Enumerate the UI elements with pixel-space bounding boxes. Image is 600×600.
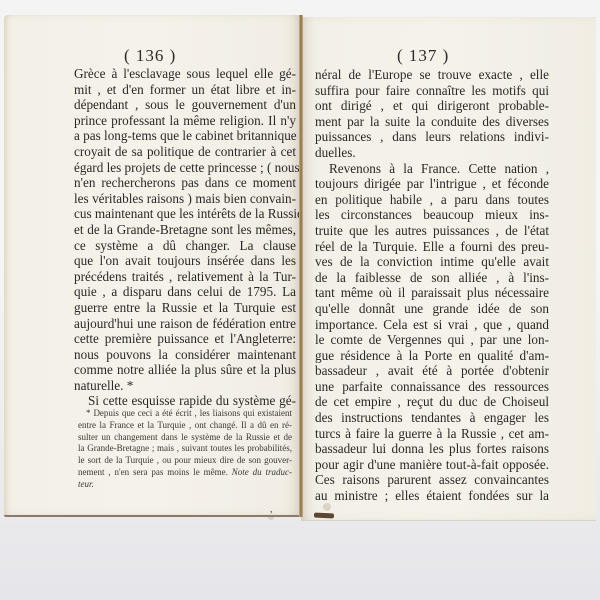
text-line: une parfaite connaissance des ressources: [315, 379, 549, 395]
text-line: duelles.: [315, 145, 549, 161]
ink-speck: ,: [270, 504, 273, 515]
text-line: a pas long-tems que le cabinet britanniq…: [74, 128, 296, 144]
left-page-body: Grèce à l'esclavage sous lequel elle gé-…: [74, 66, 296, 409]
text-line: pour agir d'une manière tout-à-fait oppo…: [315, 457, 549, 473]
left-page: ( 136 ) Grèce à l'esclavage sous lequel …: [4, 15, 301, 517]
text-line: cus maintenant que les intérêts de la Ru…: [74, 206, 296, 222]
text-line: qu'elle donnât une grande idée de son: [315, 301, 549, 317]
text-line: Si cette esquisse rapide du système gé-: [74, 393, 296, 409]
text-line: en politique habile , a paru dans toutes: [315, 192, 549, 208]
text-line: les véritables raisons ) mais bien conva…: [74, 191, 296, 207]
text-line: bassadeur lui donna les plus fortes rais…: [315, 441, 549, 457]
text-line: Grèce à l'esclavage sous lequel elle gé-: [74, 66, 296, 82]
book-spine: [299, 15, 303, 517]
footnote-line: teur.: [78, 479, 292, 491]
text-line: aujourd'hui une raison de fédération ent…: [74, 316, 296, 332]
text-line: néral de l'Europe se trouve exacte , ell…: [315, 67, 549, 83]
text-line: de cet empire , reçut du duc de Choiseul: [315, 394, 549, 410]
text-line: dépendant , sous le gouvernement d'un: [74, 97, 296, 113]
text-line: Ces raisons parurent assez convaincantes: [315, 472, 549, 488]
text-line: ce système a dû changer. La clause: [74, 238, 296, 254]
footnote-line: la Grande-Bretagne ; mais , suivant tout…: [78, 443, 292, 455]
text-line: quie , a disparu dans celui de 1795. La: [74, 284, 296, 300]
text-line: ont dirigé , et qui dirigeront probable-: [315, 98, 549, 114]
footnote-line: sulter un changement dans le système de …: [78, 432, 292, 444]
text-line: croyait de sa politique de contrarier à …: [74, 144, 296, 160]
paper-stain: [268, 515, 274, 520]
text-line: ment par la suite la conduite des divers…: [315, 114, 549, 130]
text-line: ves de la conviction intime qu'elle avai…: [315, 254, 549, 270]
text-line: des instructions tendantes à engager les: [315, 410, 549, 426]
text-line: égard les projets de cette princesse ; (…: [74, 160, 296, 176]
text-line: n'en rechercherons pas dans ce moment: [74, 175, 296, 191]
binding-fragment: [314, 512, 334, 518]
text-line: les circonstances beaucoup mieux ins-: [315, 207, 549, 223]
text-line: mit , et d'en former un état libre et in…: [74, 82, 296, 98]
text-line: que l'on avait toujours insérée dans les: [74, 253, 296, 269]
page-number-left: ( 136 ): [124, 46, 176, 66]
paper-stain: [323, 503, 331, 511]
text-line: tant même où il paraissait plus nécessai…: [315, 285, 549, 301]
text-line: et de la Grande-Bretagne sont les mêmes,: [74, 222, 296, 238]
footnote-line: le sort de la Turquie , ou pour mieux di…: [78, 455, 292, 467]
text-line: turcs à faire la guerre à la Russie , ce…: [315, 426, 549, 442]
text-line: au ministre ; elles étaient fondées sur …: [315, 488, 549, 504]
footnote-line: * Depuis que ceci a été écrit , les liai…: [78, 408, 292, 420]
footnote-line: nement , n'en sera pas moins le même. No…: [78, 467, 292, 479]
text-line: puissances , dans leurs relations indivi…: [315, 129, 549, 145]
text-line: précédens traités , relativement à la Tu…: [74, 269, 296, 285]
text-line: suffira pour faire connaître les motifs …: [315, 83, 549, 99]
text-line: de la faiblesse de son alliée , à l'ins-: [315, 270, 549, 286]
text-line: le comte de Vergennes qui , par une lon-: [315, 332, 549, 348]
text-line: comme notre alliée la plus sûre et la pl…: [74, 362, 296, 378]
text-line: truite que les autres puissances , de l'…: [315, 223, 549, 239]
right-page: ( 137 ) néral de l'Europe se trouve exac…: [301, 17, 596, 521]
text-line: prince professant la même religion. Il n…: [74, 113, 296, 129]
text-line: réel de la Turquie. Elle a fourni des pr…: [315, 239, 549, 255]
text-line: gue résidence à la Porte en qualité d'am…: [315, 348, 549, 364]
right-page-body: néral de l'Europe se trouve exacte , ell…: [315, 67, 549, 504]
text-line: guerre entre la Russie et la Turquie est: [74, 300, 296, 316]
footnote: * Depuis que ceci a été écrit , les liai…: [78, 408, 292, 491]
page-number-right: ( 137 ): [397, 46, 449, 66]
text-line: cette première puissance et l'Angleterre…: [74, 331, 296, 347]
open-book: ( 136 ) Grèce à l'esclavage sous lequel …: [4, 15, 596, 517]
text-line: naturelle. *: [74, 378, 296, 394]
footnote-line: entre la France et la Turquie , ont chan…: [78, 420, 292, 432]
text-line: Revenons à la France. Cette nation ,: [315, 161, 549, 177]
text-line: importance. Cela est si vrai , que , qua…: [315, 317, 549, 333]
text-line: nous pouvons la considérer maintenant: [74, 347, 296, 363]
text-line: bassadeur , avait été à portée d'obtenir: [315, 363, 549, 379]
text-line: toujours dirigée par l'intrigue , et féc…: [315, 176, 549, 192]
